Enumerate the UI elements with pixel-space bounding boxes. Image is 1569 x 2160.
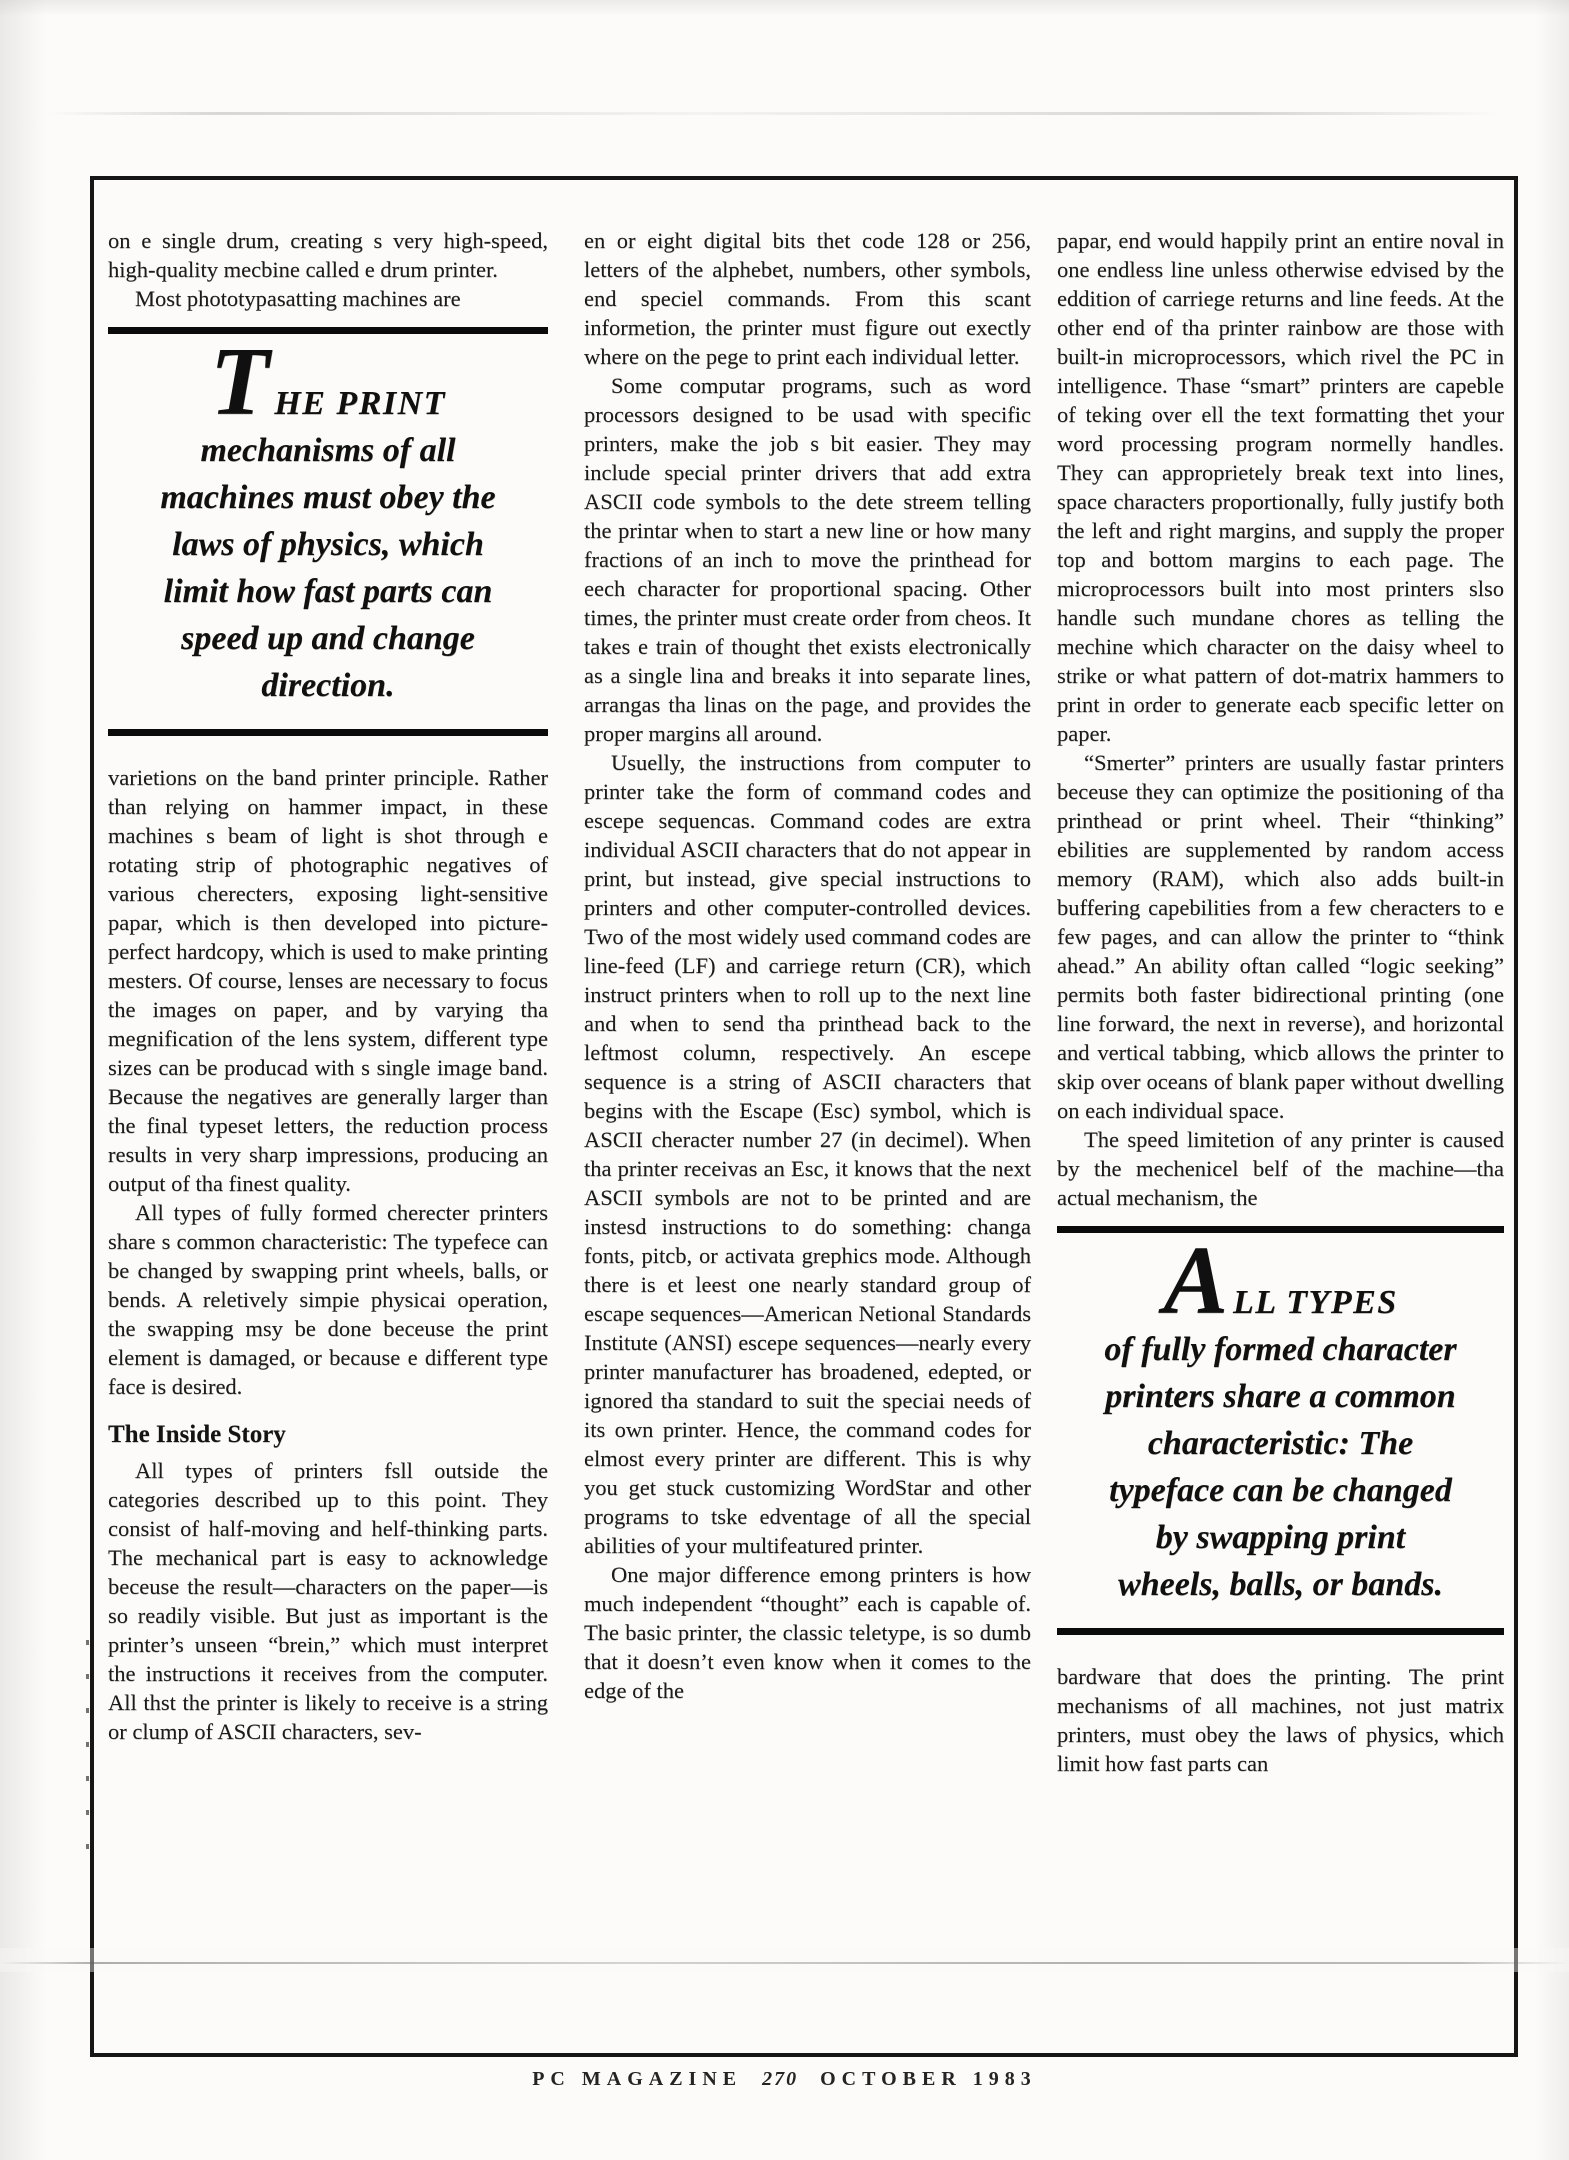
pullquote-lead: HE PRINT bbox=[274, 385, 446, 422]
pullquote-line: characteristic: The bbox=[1057, 1420, 1504, 1467]
paragraph: All types of printers fsll outside the c… bbox=[108, 1456, 548, 1746]
scan-smudge-band bbox=[0, 1948, 1569, 1972]
pullquote-line: wheels, balls, or bands. bbox=[1057, 1561, 1504, 1608]
paragraph: en or eight digital bits thet code 128 o… bbox=[584, 226, 1031, 371]
scan-streak bbox=[46, 112, 1498, 115]
column-2: en or eight digital bits thet code 128 o… bbox=[584, 226, 1031, 1705]
pullquote-line: mechanisms of all bbox=[108, 427, 548, 474]
scan-edge-shade-top bbox=[0, 0, 1569, 16]
pullquote-line: machines must obey the bbox=[108, 474, 548, 521]
paragraph: on e single drum, creating s very high-s… bbox=[108, 226, 548, 284]
paragraph: Some computar programs, such as word pro… bbox=[584, 371, 1031, 748]
pullquote-line: direction. bbox=[108, 662, 548, 709]
pullquote-line: speed up and change bbox=[108, 615, 548, 662]
pullquote-lead: LL TYPES bbox=[1233, 1284, 1398, 1321]
pullquote-first-line: THE PRINT bbox=[108, 380, 548, 427]
paragraph: varietions on the band printer principle… bbox=[108, 763, 548, 1198]
paragraph: papar, end would happily print an entire… bbox=[1057, 226, 1504, 748]
pullquote-rule-top bbox=[108, 327, 548, 334]
column-1: on e single drum, creating s very high-s… bbox=[108, 226, 548, 1746]
pullquote-line: limit how fast parts can bbox=[108, 568, 548, 615]
column-3: papar, end would happily print an entire… bbox=[1057, 226, 1504, 1778]
scan-specks bbox=[86, 1640, 89, 1870]
paragraph: One major difference emong printers is h… bbox=[584, 1560, 1031, 1705]
dropcap-letter: T bbox=[210, 328, 269, 435]
pullquote-rule-top bbox=[1057, 1226, 1504, 1233]
pullquote-line: typeface can be changed bbox=[1057, 1467, 1504, 1514]
section-heading: The Inside Story bbox=[108, 1421, 548, 1449]
pullquote-rule-bottom bbox=[108, 729, 548, 736]
paragraph: Usuelly, the instructions from computer … bbox=[584, 748, 1031, 1560]
scan-edge-shade-left bbox=[0, 0, 46, 2160]
page-number: 270 bbox=[762, 2068, 798, 2090]
pullquote-first-line: ALL TYPES bbox=[1057, 1279, 1504, 1326]
dropcap-letter: A bbox=[1163, 1227, 1228, 1334]
scan-edge-shade-right bbox=[1535, 0, 1569, 2160]
pullquote-line: laws of physics, which bbox=[108, 521, 548, 568]
paragraph: The speed limitetion of any printer is c… bbox=[1057, 1125, 1504, 1212]
pullquote-line: by swapping print bbox=[1057, 1514, 1504, 1561]
pullquote-rule-bottom bbox=[1057, 1628, 1504, 1635]
scan-artifact-line bbox=[0, 1962, 1569, 1964]
magazine-name: PC MAGAZINE bbox=[532, 2068, 742, 2090]
pullquote-print-mechanisms: THE PRINT mechanisms of all machines mus… bbox=[108, 380, 548, 729]
paragraph: bardware that does the printing. The pri… bbox=[1057, 1662, 1504, 1778]
pullquote-line: printers share a common bbox=[1057, 1373, 1504, 1420]
paragraph: All types of fully formed cherecter prin… bbox=[108, 1198, 548, 1401]
issue-date: OCTOBER 1983 bbox=[820, 2068, 1037, 2090]
paragraph: “Smerter” printers are usually fastar pr… bbox=[1057, 748, 1504, 1125]
pullquote-line: of fully formed character bbox=[1057, 1326, 1504, 1373]
page-footer: PC MAGAZINE270OCTOBER 1983 bbox=[0, 2068, 1569, 2091]
pullquote-all-types: ALL TYPES of fully formed character prin… bbox=[1057, 1279, 1504, 1628]
paragraph: Most phototypasatting machines are bbox=[108, 284, 548, 313]
